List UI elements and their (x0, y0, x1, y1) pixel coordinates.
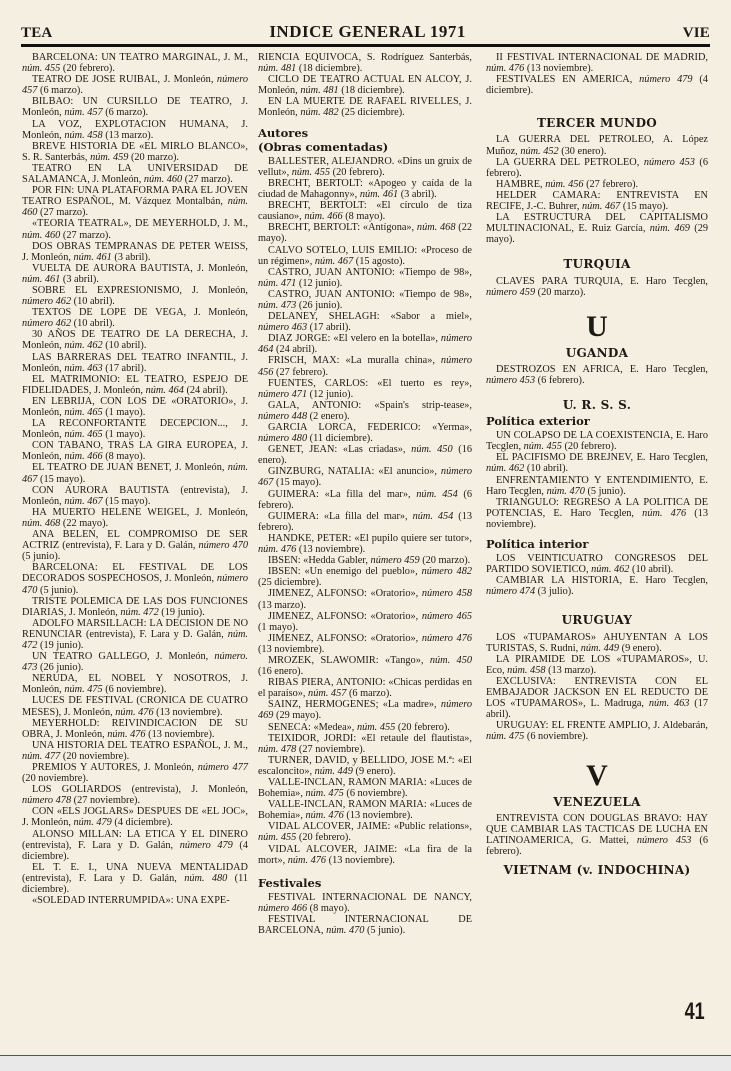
issue-number: núm. 456 (545, 179, 583, 190)
index-entry: CALVO SOTELO, LUIS EMILIO: «Proceso de u… (258, 245, 472, 267)
issue-date: (13 noviembre). (326, 855, 395, 866)
issue-date: (27 marzo). (182, 174, 233, 185)
column-3: II FESTIVAL INTERNACIONAL DE MADRID, núm… (486, 52, 708, 881)
entry-title: BARCELONA: UN TEATRO MARGINAL, J. M., (32, 52, 248, 63)
issue-date: (20 noviembre). (60, 751, 129, 762)
issue-number: núm. 455 (357, 722, 395, 733)
issue-date: (6 marzo). (37, 85, 82, 96)
issue-number: núm. 454 (416, 489, 457, 500)
index-entry: BILBAO: UN CURSILLO DE TEATRO, J. Monleó… (22, 96, 248, 118)
issue-date: (27 marzo). (60, 230, 111, 241)
issue-date: (20 febrero). (562, 441, 617, 452)
index-entry: BARCELONA: UN TEATRO MARGINAL, J. M., nú… (22, 52, 248, 74)
issue-date: (13 noviembre). (524, 63, 593, 74)
issue-date: (18 diciembre). (339, 85, 405, 96)
issue-date: (20 marzo). (535, 287, 586, 298)
issue-number: núm. 467 (315, 256, 353, 267)
index-entry: EL PACIFISMO DE BREJNEV, E. Haro Tecglen… (486, 452, 708, 474)
index-entry: TEIXIDOR, JORDI: «El retaule del flautis… (258, 733, 472, 755)
index-entry: BREVE HISTORIA DE «EL MIRLO BLANCO», S. … (22, 141, 248, 163)
issue-date: (5 junio). (22, 551, 60, 562)
issue-date: (3 abril). (60, 274, 99, 285)
section-heading-urss: U. R. S. S. (486, 400, 708, 411)
section-heading-tercer-mundo: TERCER MUNDO (486, 118, 708, 129)
issue-number: núm. 462 (591, 564, 629, 575)
issue-number: número 476 (422, 633, 472, 644)
issue-number: núm. 479 (74, 817, 112, 828)
section-subhead-festivales: Festivales (258, 878, 472, 889)
issue-date: (19 junio). (159, 607, 205, 618)
index-entry: HELDER CAMARA: ENTREVISTA EN RECIFE, J.-… (486, 190, 708, 212)
index-entry: LA PIRAMIDE DE LOS «TUPAMAROS», U. Eco, … (486, 654, 708, 676)
issue-date: (13 marzo). (103, 130, 154, 141)
issue-date: (1 mayo). (258, 622, 298, 633)
index-entry: UN TEATRO GALLEGO, J. Monleón, número. 4… (22, 651, 248, 673)
issue-number: número 479 (639, 74, 692, 85)
issue-date: (6 febrero). (535, 375, 584, 386)
issue-date: (30 enero). (559, 146, 607, 157)
issue-number: núm. 449 (581, 643, 619, 654)
issue-number: número 462 (22, 318, 71, 329)
tercer-mundo-entries: LA GUERRA DEL PETROLEO, A. López Muñoz, … (486, 134, 708, 245)
entry-title: GINZBURG, NATALIA: «El anuncio», (268, 466, 441, 477)
index-entry: URUGUAY: EL FRENTE AMPLIO, J. Aldebarán,… (486, 720, 708, 742)
issue-date: (1 mayo). (103, 429, 146, 440)
section-heading-venezuela: VENEZUELA (486, 797, 708, 808)
section-subhead-obras: (Obras comentadas) (258, 142, 472, 153)
entry-title: SOBRE EL EXPRESIONISMO, J. Monleón, (32, 285, 248, 296)
issue-date: (27 marzo). (37, 207, 88, 218)
index-entry: TEATRO DE JOSE RUIBAL, J. Monleón, númer… (22, 74, 248, 96)
index-entry: GALA, ANTONIO: «Spain's strip-tease», nú… (258, 400, 472, 422)
issue-date: (13 noviembre). (296, 544, 365, 555)
issue-number: número 453 (637, 835, 692, 846)
issue-date: (3 abril). (398, 189, 437, 200)
issue-number: núm. 464 (146, 385, 184, 396)
index-entry: POR FIN: UNA PLATAFORMA PARA EL JOVEN TE… (22, 185, 248, 218)
issue-number: número 480 (258, 433, 307, 444)
teatro-entries: BARCELONA: UN TEATRO MARGINAL, J. M., nú… (22, 52, 248, 906)
entry-title: «TEORIA TEATRAL», DE MEYERHOLD, J. M., (32, 218, 248, 229)
issue-date: (10 abril). (629, 564, 673, 575)
issue-number: número 453 (644, 157, 695, 168)
issue-date: (15 mayo). (37, 474, 85, 485)
index-entry: LOS «TUPAMAROS» AHUYENTAN A LOS TURISTAS… (486, 632, 708, 654)
issue-number: núm. 470 (547, 486, 585, 497)
column-1: BARCELONA: UN TEATRO MARGINAL, J. M., nú… (22, 52, 248, 906)
venezuela-entries: ENTREVISTA CON DOUGLAS BRAVO: HAY QUE CA… (486, 813, 708, 857)
issue-number: núm. 481 (258, 63, 296, 74)
index-entry: LA GUERRA DEL PETROLEO, A. López Muñoz, … (486, 134, 708, 156)
issue-date: (13 noviembre). (146, 729, 215, 740)
issue-date: (26 junio). (37, 662, 83, 673)
issue-number: núm. 480 (184, 873, 227, 884)
issue-number: núm. 476 (486, 63, 524, 74)
issue-date: (20 marzo). (128, 152, 179, 163)
index-entry: CLAVES PARA TURQUIA, E. Haro Tecglen, nú… (486, 276, 708, 298)
issue-number: núm. 458 (507, 665, 545, 676)
entry-title: VIDAL ALCOVER, JAIME: «Public relations»… (268, 821, 472, 832)
issue-number: núm. 455 (258, 832, 296, 843)
entry-title: GUIMERA: «La filla del mar», (268, 511, 413, 522)
entry-title: SAINZ, HERMOGENES; «La madre», (268, 699, 441, 710)
index-entry: HA MUERTO HELENE WEIGEL, J. Monleón, núm… (22, 507, 248, 529)
issue-date: (6 noviembre). (344, 788, 408, 799)
issue-number: núm. 478 (258, 744, 296, 755)
entry-title: GUIMERA: «La filla del mar», (268, 489, 416, 500)
index-entry: NERUDA, EL NOBEL Y NOSOTROS, J. Monleón,… (22, 673, 248, 695)
index-entry: EN LA MUERTE DE RAFAEL RIVELLES, J. Monl… (258, 96, 472, 118)
issue-number: núm. 467 (582, 201, 620, 212)
issue-number: núm. 476 (115, 707, 153, 718)
teatro-continuation: RIENCIA EQUIVOCA, S. Rodríguez Santerbás… (258, 52, 472, 119)
entry-title: MROZEK, SLAWOMIR: «Tango», (268, 655, 430, 666)
section-heading-vietnam: VIETNAM (v. INDOCHINA) (486, 865, 708, 876)
issue-date: (10 abril). (71, 296, 115, 307)
column-2: RIENCIA EQUIVOCA, S. Rodríguez Santerbás… (258, 52, 472, 936)
index-entry: CAMBIAR LA HISTORIA, E. Haro Tecglen, nú… (486, 575, 708, 597)
entry-title: UN TEATRO GALLEGO, J. Monleón, (32, 651, 214, 662)
issue-number: núm. 458 (64, 130, 102, 141)
index-entry: LA RECONFORTANTE DECEPCION..., J. Monleó… (22, 418, 248, 440)
issue-number: núm. 455 (524, 441, 562, 452)
section-subhead-autores: Autores (258, 128, 472, 139)
issue-date: (20 marzo). (420, 555, 471, 566)
index-entry: DESTROZOS EN AFRICA, E. Haro Tecglen, nú… (486, 364, 708, 386)
index-entry: EL MATRIMONIO: EL TEATRO, ESPEJO DE FIDE… (22, 374, 248, 396)
index-entry: EL T. E. I., UNA NUEVA MENTALIDAD (entre… (22, 862, 248, 895)
index-entry: BRECHT, BERTOLT: «Antígona», núm. 468 (2… (258, 222, 472, 244)
issue-number: núm. 455 (292, 167, 330, 178)
index-entry: PREMIOS Y AUTORES, J. Monleón, número 47… (22, 762, 248, 784)
uganda-entries: DESTROZOS EN AFRICA, E. Haro Tecglen, nú… (486, 364, 708, 386)
issue-number: número 459 (371, 555, 420, 566)
index-entry: DELANEY, SHELAGH: «Sabor a miel», número… (258, 311, 472, 333)
index-entry: CON AURORA BAUTISTA (entrevista), J. Mon… (22, 485, 248, 507)
entry-title: IBSEN: «Un enemigo del pueblo», (268, 566, 422, 577)
issue-number: núm. 471 (258, 278, 296, 289)
issue-date: (13 marzo). (546, 665, 597, 676)
issue-date: (15 mayo). (620, 201, 668, 212)
issue-number: núm. 452 (520, 146, 558, 157)
index-entry: FESTIVAL INTERNACIONAL DE BARCELONA, núm… (258, 914, 472, 936)
index-page: TEA INDICE GENERAL 1971 VIE BARCELONA: U… (0, 0, 731, 1071)
issue-date: (1 mayo). (103, 407, 146, 418)
issue-number: número 477 (198, 762, 248, 773)
issue-date: (20 febrero). (395, 722, 450, 733)
issue-date: (6 noviembre). (103, 684, 167, 695)
entry-title: JIMENEZ, ALFONSO: «Oratorio», (268, 633, 422, 644)
header-left-guide: TEA (21, 25, 52, 42)
running-header: TEA INDICE GENERAL 1971 VIE (21, 16, 710, 47)
entry-title: UNA HISTORIA DEL TEATRO ESPAÑOL, J. M., (32, 740, 248, 751)
index-entry: TURNER, DAVID, y BELLIDO, JOSE M.ª: «El … (258, 755, 472, 777)
issue-number: núm. 454 (413, 511, 454, 522)
issue-date: (5 junio). (37, 585, 78, 596)
issue-number: núm. 462 (486, 463, 524, 474)
issue-date: (8 mayo). (103, 451, 146, 462)
index-entry: ENFRENTAMIENTO Y ENTENDIMIENTO, E. Haro … (486, 475, 708, 497)
issue-date: (13 marzo). (258, 600, 306, 611)
issue-number: número 462 (22, 296, 71, 307)
issue-date: (17 abril). (103, 363, 147, 374)
issue-date: (22 mayo). (60, 518, 108, 529)
issue-date: (27 febrero). (273, 367, 328, 378)
index-entry: IBSEN: «Un enemigo del pueblo», número 4… (258, 566, 472, 588)
letter-divider-u: U (486, 310, 708, 344)
index-entry: ALONSO MILLAN: LA ETICA Y EL DINERO (ent… (22, 829, 248, 862)
entry-title: ADOLFO MARSILLACH: LA DECISION DE NO REN… (22, 618, 248, 640)
issue-number: núm. 467 (64, 496, 102, 507)
index-entry: DIAZ JORGE: «El velero en la botella», n… (258, 333, 472, 355)
entry-title: «SOLEDAD INTERRUMPIDA»: UNA EXPE- (32, 895, 230, 906)
issue-number: núm. 476 (305, 810, 343, 821)
issue-date: (26 junio). (296, 300, 342, 311)
index-entry: ENTREVISTA CON DOUGLAS BRAVO: HAY QUE CA… (486, 813, 708, 857)
issue-date: (5 junio). (585, 486, 626, 497)
entry-title: IBSEN: «Hedda Gabler, (268, 555, 371, 566)
issue-number: número 448 (258, 411, 307, 422)
index-entry: SOBRE EL EXPRESIONISMO, J. Monleón, núme… (22, 285, 248, 307)
index-entry: LA GUERRA DEL PETROLEO, número 453 (6 fe… (486, 157, 708, 179)
section-heading-turquia: TURQUIA (486, 259, 708, 270)
index-entry: BRECHT, BERTOLT: «El círculo de tiza cau… (258, 200, 472, 222)
index-entry: TRISTE POLEMICA DE LAS DOS FUNCIONES DIA… (22, 596, 248, 618)
index-entry: TEXTOS DE LOPE DE VEGA, J. Monleón, núme… (22, 307, 248, 329)
issue-number: número 465 (422, 611, 472, 622)
index-entry: HAMBRE, núm. 456 (27 febrero). (486, 179, 708, 190)
issue-date: (11 diciembre). (307, 433, 373, 444)
issue-date: (10 abril). (103, 340, 147, 351)
index-entry: VIDAL ALCOVER, JAIME: «La fira de la mor… (258, 844, 472, 866)
issue-number: núm. 482 (300, 107, 338, 118)
issue-number: núm. 475 (486, 731, 524, 742)
entry-title: HANDKE, PETER: «El pupilo quiere ser tut… (268, 533, 472, 544)
issue-number: núm. 468 (417, 222, 456, 233)
entry-title: EL TEATRO DE JUAN BENET, J. Monleón, (32, 462, 228, 473)
index-entry: TRIANGULO: REGRESO A LA POLITICA DE POTE… (486, 497, 708, 530)
issue-number: núm. 463 (649, 698, 690, 709)
issue-date: (5 junio). (364, 925, 405, 936)
issue-date: (15 mayo). (273, 477, 321, 488)
index-entry: LA ESTRUCTURA DEL CAPITALISMO MULTINACIO… (486, 212, 708, 245)
entry-title: II FESTIVAL INTERNACIONAL DE MADRID, (496, 52, 708, 63)
index-entry: RIBAS PIERA, ANTONIO: «Chicas perdidas e… (258, 677, 472, 699)
index-entry: BALLESTER, ALEJANDRO. «Dins un gruix de … (258, 156, 472, 178)
turquia-entries: CLAVES PARA TURQUIA, E. Haro Tecglen, nú… (486, 276, 708, 298)
issue-number: núm. 466 (64, 451, 102, 462)
issue-number: núm. 477 (22, 751, 60, 762)
entry-title: POR FIN: UNA PLATAFORMA PARA EL JOVEN TE… (22, 185, 248, 207)
issue-date: (25 diciembre). (339, 107, 405, 118)
entry-title: CASTRO, JUAN ANTONIO: «Tiempo de 98», (268, 289, 472, 300)
index-entry: CASTRO, JUAN ANTONIO: «Tiempo de 98», nú… (258, 267, 472, 289)
index-entry: LOS GOLIARDOS (entrevista), J. Monleón, … (22, 784, 248, 806)
index-entry: BARCELONA: EL FESTIVAL DE LOS DECORADOS … (22, 562, 248, 595)
index-entry: SENECA: «Medea», núm. 455 (20 febrero). (258, 722, 472, 733)
issue-number: núm. 469 (650, 223, 690, 234)
issue-number: número 474 (486, 586, 535, 597)
issue-date: (15 mayo). (103, 496, 151, 507)
issue-date: (27 noviembre). (71, 795, 140, 806)
index-entry: «TEORIA TEATRAL», DE MEYERHOLD, J. M., n… (22, 218, 248, 240)
issue-number: núm. 460 (22, 230, 60, 241)
issue-date: (17 abril). (307, 322, 351, 333)
index-entry: LAS BARRERAS DEL TEATRO INFANTIL, J. Mon… (22, 352, 248, 374)
section-heading-uruguay: URUGUAY (486, 615, 708, 626)
index-entry: CASTRO, JUAN ANTONIO: «Tiempo de 98», nú… (258, 289, 472, 311)
index-entry: II FESTIVAL INTERNACIONAL DE MADRID, núm… (486, 52, 708, 74)
entry-title: CLAVES PARA TURQUIA, E. Haro Tecglen, (496, 276, 708, 287)
issue-number: núm. 461 (22, 274, 60, 285)
entry-title: CAMBIAR LA HISTORIA, E. Haro Tecglen, (496, 575, 708, 586)
issue-number: núm. 466 (304, 211, 342, 222)
index-entry: GARCIA LORCA, FEDERICO: «Yerma», número … (258, 422, 472, 444)
issue-date: (9 enero). (619, 643, 662, 654)
index-entry: LA VOZ, EXPLOTACION HUMANA, J. Monleón, … (22, 119, 248, 141)
index-entry: ANA BELEN, EL COMPROMISO DE SER ACTRIZ (… (22, 529, 248, 562)
issue-number: núm. 476 (107, 729, 145, 740)
index-entry: VALLE-INCLAN, RAMON MARIA: «Luces de Boh… (258, 799, 472, 821)
festivales-entries: FESTIVAL INTERNACIONAL DE NANCY, número … (258, 892, 472, 936)
issue-date: (13 noviembre). (258, 644, 324, 655)
issue-number: núm. 461 (74, 252, 112, 263)
index-entry: FESTIVAL INTERNACIONAL DE NANCY, número … (258, 892, 472, 914)
index-entry: VUELTA DE AURORA BAUTISTA, J. Monleón, n… (22, 263, 248, 285)
issue-number: número 479 (180, 840, 233, 851)
index-entry: «SOLEDAD INTERRUMPIDA»: UNA EXPE- (22, 895, 248, 906)
issue-date: (15 agosto). (353, 256, 405, 267)
index-entry: VALLE-INCLAN, RAMON MARIA: «Luces de Boh… (258, 777, 472, 799)
issue-number: número 458 (422, 588, 472, 599)
entry-title: TEATRO DE JOSE RUIBAL, J. Monleón, (32, 74, 217, 85)
issue-number: núm. 472 (120, 607, 158, 618)
issue-date: (8 mayo). (307, 903, 350, 914)
header-right-guide: VIE (683, 25, 710, 42)
issue-number: número 482 (422, 566, 472, 577)
index-entry: SAINZ, HERMOGENES; «La madre», número 46… (258, 699, 472, 721)
index-entry: GINZBURG, NATALIA: «El anuncio», número … (258, 466, 472, 488)
entry-title: LA GUERRA DEL PETROLEO, (496, 157, 644, 168)
index-entry: 30 AÑOS DE TEATRO DE LA DERECHA, J. Monl… (22, 329, 248, 351)
issue-date: (3 julio). (535, 586, 574, 597)
issue-date: (6 marzo). (103, 107, 148, 118)
index-entry: MROZEK, SLAWOMIR: «Tango», núm. 450 (16 … (258, 655, 472, 677)
page-number: 41 (685, 998, 705, 1026)
entry-title: DIAZ JORGE: «El velero en la botella», (268, 333, 441, 344)
index-entry: RIENCIA EQUIVOCA, S. Rodríguez Santerbás… (258, 52, 472, 74)
index-entry: VIDAL ALCOVER, JAIME: «Public relations»… (258, 821, 472, 843)
entry-title: GARCIA LORCA, FEDERICO: «Yerma», (268, 422, 472, 433)
issue-number: número 470 (198, 540, 248, 551)
issue-number: número 453 (486, 375, 535, 386)
index-entry: CON TABANO, TRAS LA GIRA EUROPEA, J. Mon… (22, 440, 248, 462)
index-entry: EL TEATRO DE JUAN BENET, J. Monleón, núm… (22, 462, 248, 484)
index-entry: CICLO DE TEATRO ACTUAL EN ALCOY, J. Monl… (258, 74, 472, 96)
issue-date: (10 abril). (524, 463, 568, 474)
issue-number: número 471 (258, 389, 307, 400)
issue-number: número 459 (486, 287, 535, 298)
entry-title: GALA, ANTONIO: «Spain's strip-tease», (268, 400, 472, 411)
urss-interior-entries: LOS VEINTICUATRO CONGRESOS DEL PARTIDO S… (486, 553, 708, 597)
entry-title: FRISCH, MAX: «La muralla china», (268, 355, 441, 366)
index-entry: MEYERHOLD: REIVINDICACION DE SU OBRA, J.… (22, 718, 248, 740)
issue-number: núm. 470 (326, 925, 364, 936)
index-entry: JIMENEZ, ALFONSO: «Oratorio», número 458… (258, 588, 472, 610)
issue-number: núm. 476 (288, 855, 326, 866)
index-entry: LOS VEINTICUATRO CONGRESOS DEL PARTIDO S… (486, 553, 708, 575)
entry-title: VUELTA DE AURORA BAUTISTA, J. Monleón, (32, 263, 248, 274)
issue-date: (2 enero). (307, 411, 350, 422)
index-entry: FRISCH, MAX: «La muralla china», número … (258, 355, 472, 377)
issue-date: (19 junio). (37, 640, 83, 651)
issue-date: (25 diciembre). (258, 577, 321, 588)
index-entry: JIMENEZ, ALFONSO: «Oratorio», número 476… (258, 633, 472, 655)
index-entry: GENET, JEAN: «Las criadas», núm. 450 (16… (258, 444, 472, 466)
index-entry: LUCES DE FESTIVAL (CRONICA DE CUATRO MES… (22, 695, 248, 717)
issue-number: núm. 465 (64, 429, 102, 440)
issue-number: núm. 449 (315, 766, 353, 777)
issue-date: (29 mayo). (273, 710, 321, 721)
entry-title: TEXTOS DE LOPE DE VEGA, J. Monleón, (32, 307, 248, 318)
index-entry: CON «ELS JOGLARS» DESPUES DE «EL JOC», J… (22, 806, 248, 828)
section-subhead-politica-exterior: Política exterior (486, 416, 708, 427)
entry-title: BARCELONA: EL FESTIVAL DE LOS DECORADOS … (22, 562, 248, 584)
uruguay-entries: LOS «TUPAMAROS» AHUYENTAN A LOS TURISTAS… (486, 632, 708, 743)
index-entry: HANDKE, PETER: «El pupilo quiere ser tut… (258, 533, 472, 555)
entry-title: GENET, JEAN: «Las criadas», (268, 444, 411, 455)
issue-date: (20 febrero). (60, 63, 115, 74)
urss-exterior-entries: UN COLAPSO DE LA COEXISTENCIA, E. Haro T… (486, 430, 708, 530)
issue-date: (27 noviembre). (296, 744, 365, 755)
entry-title: FESTIVAL INTERNACIONAL DE NANCY, (268, 892, 472, 903)
issue-number: núm. 459 (90, 152, 128, 163)
issue-date: (4 diciembre). (112, 817, 173, 828)
autores-entries: BALLESTER, ALEJANDRO. «Dins un gruix de … (258, 156, 472, 866)
issue-number: núm. 465 (64, 407, 102, 418)
issue-date: (13 noviembre). (154, 707, 223, 718)
entry-title: JIMENEZ, ALFONSO: «Oratorio», (268, 588, 422, 599)
index-entry: EXCLUSIVA: ENTREVISTA CON EL EMBAJADOR J… (486, 676, 708, 720)
issue-date: (20 febrero). (330, 167, 385, 178)
issue-date: (6 marzo). (346, 688, 391, 699)
index-entry: EN LEBRIJA, CON LOS DE «ORATORIO», J. Mo… (22, 396, 248, 418)
issue-date: (12 junio). (296, 278, 342, 289)
issue-date: (8 mayo). (343, 211, 386, 222)
entry-title: HA MUERTO HELENE WEIGEL, J. Monleón, (32, 507, 248, 518)
issue-number: núm. 457 (308, 688, 346, 699)
issue-number: núm. 481 (300, 85, 338, 96)
issue-date: (20 noviembre). (22, 773, 88, 784)
issue-number: número 466 (258, 903, 307, 914)
entry-title: JIMENEZ, ALFONSO: «Oratorio», (268, 611, 422, 622)
section-subhead-politica-interior: Política interior (486, 539, 708, 550)
index-entry: FESTIVALES EN AMERICA, número 479 (4 dic… (486, 74, 708, 96)
entry-title: LOS GOLIARDOS (entrevista), J. Monleón, (32, 784, 248, 795)
issue-number: núm. 450 (430, 655, 472, 666)
issue-number: núm. 476 (642, 508, 686, 519)
issue-number: núm. 457 (64, 107, 102, 118)
index-entry: FUENTES, CARLOS: «El tuerto es rey», núm… (258, 378, 472, 400)
issue-number: núm. 460 (144, 174, 182, 185)
issue-number: núm. 468 (22, 518, 60, 529)
index-entry: DOS OBRAS TEMPRANAS DE PETER WEISS, J. M… (22, 241, 248, 263)
entry-title: BRECHT, BERTOLT: «Antígona», (268, 222, 417, 233)
issue-number: núm. 476 (258, 544, 296, 555)
issue-date: (10 abril). (71, 318, 115, 329)
issue-date: (16 enero). (258, 666, 303, 677)
index-entry: TEATRO EN LA UNIVERSIDAD DE SALAMANCA, J… (22, 163, 248, 185)
